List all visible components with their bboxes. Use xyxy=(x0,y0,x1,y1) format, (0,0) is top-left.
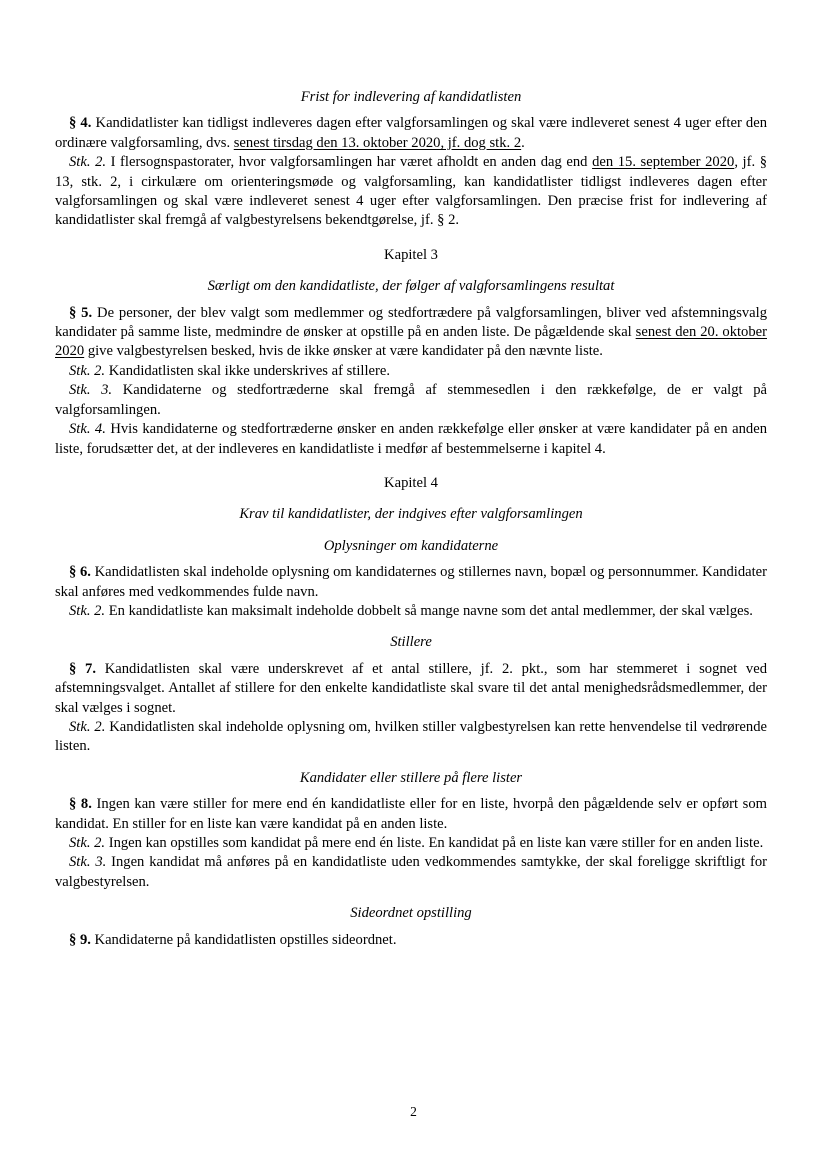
section-heading-oplysninger: Oplysninger om kandidaterne xyxy=(55,537,767,556)
bold-run: § 6. xyxy=(69,564,91,580)
italic-run: Stk. 4. xyxy=(69,421,106,437)
italic-run: Stk. 2. xyxy=(69,154,106,170)
paragraph-section-7-stk-2: Stk. 2. Kandidatlisten skal indeholde op… xyxy=(55,718,767,757)
text-run: Kandidaterne og stedfortræderne skal fre… xyxy=(55,382,767,417)
text-run: Hvis kandidaterne og stedfortræderne øns… xyxy=(55,421,767,456)
section-heading-frist: Frist for indlevering af kandidatlisten xyxy=(55,88,767,107)
bold-run: § 5. xyxy=(69,305,92,321)
section-heading-kandidater-flere-lister: Kandidater eller stillere på flere liste… xyxy=(55,769,767,788)
paragraph-section-4-stk-2: Stk. 2. I flersognspastorater, hvor valg… xyxy=(55,153,767,231)
paragraph-section-7: § 7. Kandidatlisten skal være underskrev… xyxy=(55,660,767,718)
text-run: Kandidatlisten skal indeholde oplysning … xyxy=(55,719,767,754)
document-content: Frist for indlevering af kandidatlisten … xyxy=(55,88,767,950)
text-run: give valgbestyrelsen besked, hvis de ikk… xyxy=(84,343,603,359)
paragraph-section-5: § 5. De personer, der blev valgt som med… xyxy=(55,304,767,362)
bold-run: § 7. xyxy=(69,661,96,677)
italic-run: Stk. 3. xyxy=(69,382,112,398)
paragraph-section-5-stk-3: Stk. 3. Kandidaterne og stedfortræderne … xyxy=(55,381,767,420)
document-page: Frist for indlevering af kandidatlisten … xyxy=(0,0,827,1169)
text-run: Ingen kan opstilles som kandidat på mere… xyxy=(105,835,763,851)
paragraph-section-6-stk-2: Stk. 2. En kandidatliste kan maksimalt i… xyxy=(55,602,767,621)
text-run: Ingen kandidat må anføres på en kandidat… xyxy=(55,854,767,889)
italic-run: Stk. 3. xyxy=(69,854,106,870)
text-run: Kandidatlisten skal indeholde oplysning … xyxy=(55,564,767,599)
bold-run: § 9. xyxy=(69,932,91,948)
page-footer: 2 xyxy=(0,1102,827,1121)
italic-run: Stk. 2. xyxy=(69,835,105,851)
paragraph-section-4: § 4. Kandidatlister kan tidligst indleve… xyxy=(55,114,767,153)
text-run: Kandidaterne på kandidatlisten opstilles… xyxy=(91,932,397,948)
paragraph-section-6: § 6. Kandidatlisten skal indeholde oplys… xyxy=(55,563,767,602)
paragraph-section-5-stk-4: Stk. 4. Hvis kandidaterne og stedfortræd… xyxy=(55,420,767,459)
underlined-run: den 15. september 2020 xyxy=(592,154,734,170)
section-heading-krav: Krav til kandidatlister, der indgives ef… xyxy=(55,505,767,524)
italic-run: Stk. 2. xyxy=(69,603,105,619)
paragraph-section-8: § 8. Ingen kan være stiller for mere end… xyxy=(55,795,767,834)
chapter-heading-3: Kapitel 3 xyxy=(55,246,767,265)
paragraph-section-8-stk-2: Stk. 2. Ingen kan opstilles som kandidat… xyxy=(55,834,767,853)
text-run: I flersognspastorater, hvor valgforsamli… xyxy=(106,154,592,170)
paragraph-section-9: § 9. Kandidaterne på kandidatlisten opst… xyxy=(55,931,767,950)
bold-run: § 4. xyxy=(69,115,91,131)
section-heading-stillere: Stillere xyxy=(55,633,767,652)
section-heading-sideordnet: Sideordnet opstilling xyxy=(55,904,767,923)
paragraph-section-5-stk-2: Stk. 2. Kandidatlisten skal ikke undersk… xyxy=(55,362,767,381)
underlined-run: senest tirsdag den 13. oktober 2020, jf.… xyxy=(234,135,521,151)
section-heading-saerligt: Særligt om den kandidatliste, der følger… xyxy=(55,277,767,296)
text-run: . xyxy=(521,135,525,151)
text-run: Ingen kan være stiller for mere end én k… xyxy=(55,796,767,831)
text-run: En kandidatliste kan maksimalt indeholde… xyxy=(105,603,753,619)
chapter-heading-4: Kapitel 4 xyxy=(55,474,767,493)
bold-run: § 8. xyxy=(69,796,92,812)
text-run: Kandidatlisten skal være underskrevet af… xyxy=(55,661,767,716)
text-run: Kandidatlisten skal ikke underskrives af… xyxy=(105,363,390,379)
paragraph-section-8-stk-3: Stk. 3. Ingen kandidat må anføres på en … xyxy=(55,853,767,892)
italic-run: Stk. 2. xyxy=(69,719,105,735)
italic-run: Stk. 2. xyxy=(69,363,105,379)
page-number: 2 xyxy=(410,1104,417,1119)
